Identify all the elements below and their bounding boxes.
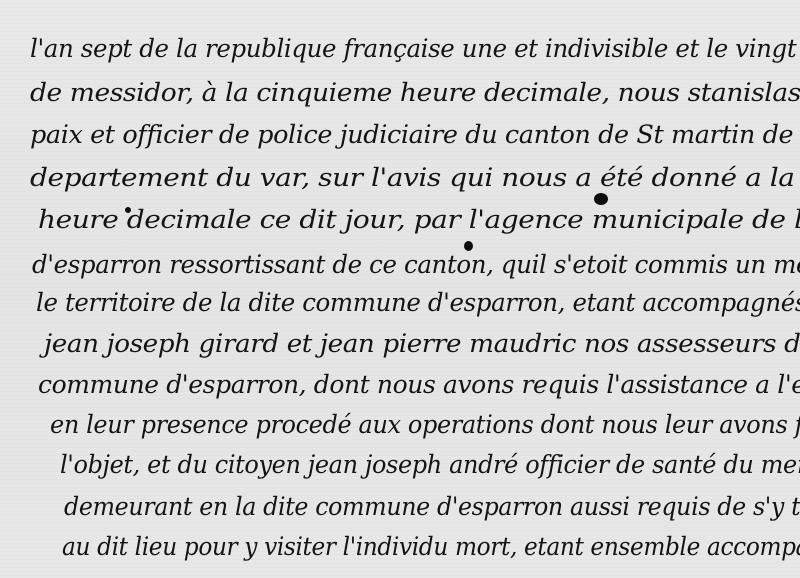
manuscript-line-6: d'esparron ressortissant de ce canton, q…: [32, 250, 800, 279]
manuscript-line-7: le territoire de la dite commune d'espar…: [36, 288, 800, 317]
ink-blot: [464, 241, 473, 251]
manuscript-line-1: l'an sept de la republique française une…: [30, 34, 800, 63]
manuscript-line-2: de messidor, à la cinquieme heure decima…: [30, 78, 800, 107]
manuscript-line-4: departement du var, sur l'avis qui nous …: [30, 163, 800, 192]
manuscript-line-13: au dit lieu pour y visiter l'individu mo…: [62, 532, 800, 561]
manuscript-line-11: l'objet, et du citoyen jean joseph andré…: [60, 450, 800, 479]
manuscript-line-8: jean joseph girard et jean pierre maudri…: [44, 329, 800, 358]
manuscript-line-12: demeurant en la dite commune d'esparron …: [64, 492, 800, 521]
manuscript-line-5: heure decimale ce dit jour, par l'agence…: [38, 205, 800, 234]
manuscript-page: l'an sept de la republique française une…: [0, 0, 800, 578]
manuscript-line-10: en leur presence procedé aux operations …: [50, 410, 800, 439]
manuscript-line-9: commune d'esparron, dont nous avons requ…: [38, 370, 800, 399]
ink-blot: [594, 193, 608, 205]
ink-blot: [125, 207, 131, 213]
manuscript-line-3: paix et officier de police judiciaire du…: [30, 120, 800, 149]
